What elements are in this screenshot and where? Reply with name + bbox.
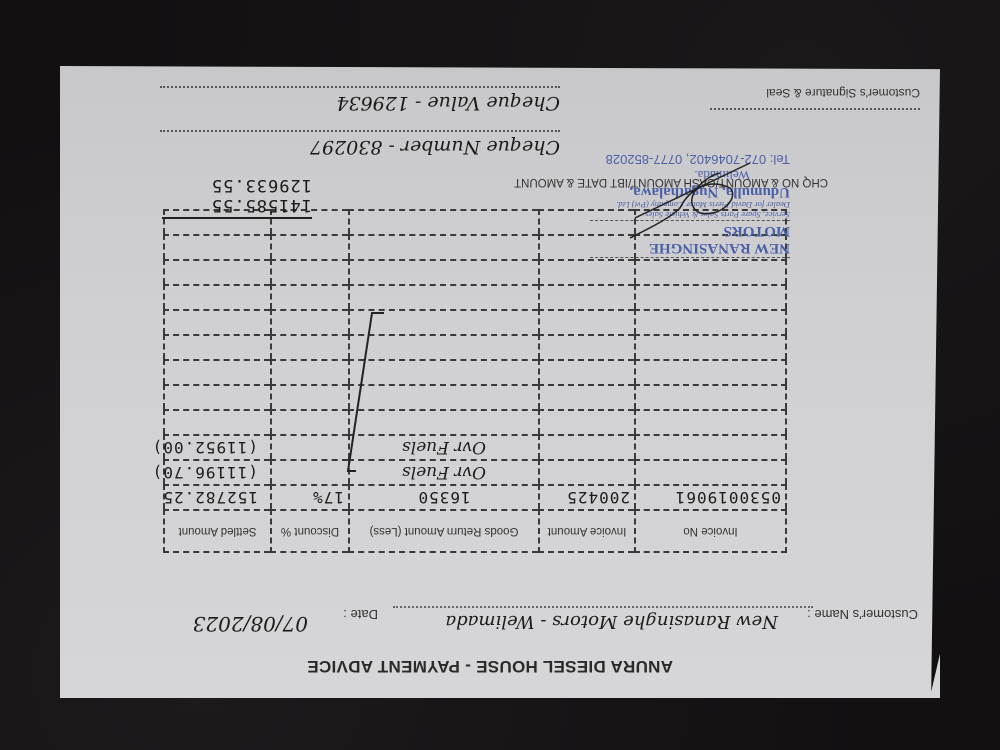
cell-invoice-no (635, 310, 786, 335)
cell-invoice-no (635, 335, 786, 360)
cell-discount-text: 17% (312, 488, 344, 507)
cell-invoice-amount (539, 285, 635, 310)
customer-name-label: Customer's Name : (807, 607, 918, 622)
cell-goods-return (349, 235, 539, 260)
handwritten-signature (620, 158, 770, 258)
cell-discount (271, 385, 349, 410)
cell-invoice-amount (539, 310, 635, 335)
cell-invoice-amount (539, 460, 635, 485)
cell-invoice-no-text: 0530019061 (675, 488, 781, 507)
cell-invoice-amount (539, 410, 635, 435)
cell-invoice-no (635, 435, 786, 460)
cell-settled-amount: (11196.70) (164, 460, 271, 485)
cell-settled-amount (164, 285, 271, 310)
cell-invoice-no (635, 360, 786, 385)
table-row (164, 335, 786, 360)
cell-goods-return-text: Ovr Fuels (402, 463, 486, 483)
table-header-row: Invoice No Invoice Amount Goods Return A… (164, 510, 786, 552)
handwritten-bracket-mark (344, 308, 384, 473)
table-row (164, 285, 786, 310)
header-settled-amount: Settled Amount (164, 510, 271, 552)
cheque-number: Cheque Number - 830297 (310, 136, 560, 158)
document-title: ANURA DIESEL HOUSE - PAYMENT ADVICE (280, 656, 700, 676)
cell-invoice-no: 0530019061 (635, 485, 786, 510)
signature-label: Customer's Signature & Seal (766, 86, 920, 100)
cell-discount (271, 285, 349, 310)
cell-settled-amount (164, 410, 271, 435)
total-underline (162, 217, 312, 219)
cell-settled-amount (164, 235, 271, 260)
table-row (164, 410, 786, 435)
cell-invoice-no (635, 260, 786, 285)
table-row: Ovr Fuels(11196.70) (164, 460, 786, 485)
cell-invoice-amount (539, 385, 635, 410)
cell-discount (271, 335, 349, 360)
cell-settled-amount: (11952.00) (164, 435, 271, 460)
cell-settled-amount: 152782.25 (164, 485, 271, 510)
cell-invoice-amount (539, 435, 635, 460)
cell-settled-amount-text: (11196.70) (152, 463, 258, 482)
cell-discount (271, 235, 349, 260)
date-value: 07/08/2023 (193, 612, 308, 636)
cell-settled-amount-text: (11952.00) (152, 438, 258, 457)
customer-name-dotted-line (393, 606, 813, 608)
date-label: Date : (343, 607, 378, 622)
cell-invoice-no (635, 385, 786, 410)
cell-discount (271, 410, 349, 435)
cell-invoice-amount (539, 335, 635, 360)
customer-name-value: New Ranasinghe Motors - Welimada (445, 611, 778, 632)
cell-invoice-amount-text: 200425 (566, 488, 630, 507)
table-row (164, 385, 786, 410)
cell-discount: 17% (271, 485, 349, 510)
table-row (164, 310, 786, 335)
cell-invoice-amount (539, 260, 635, 285)
cell-discount (271, 435, 349, 460)
table-row (164, 260, 786, 285)
cell-invoice-amount (539, 360, 635, 385)
cell-settled-amount (164, 260, 271, 285)
cell-goods-return (349, 260, 539, 285)
header-invoice-amount: Invoice Amount (539, 510, 635, 552)
cell-settled-amount (164, 335, 271, 360)
cheque-value-dotted-line (160, 86, 560, 88)
cell-invoice-no (635, 410, 786, 435)
cell-discount (271, 360, 349, 385)
table-row (164, 360, 786, 385)
cell-discount (271, 310, 349, 335)
cheque-number-dotted-line (160, 130, 560, 132)
cell-settled-amount (164, 360, 271, 385)
cell-invoice-no (635, 460, 786, 485)
cell-goods-return-text: Ovr Fuels (402, 438, 486, 458)
header-discount: Discount % (271, 510, 349, 552)
cell-invoice-amount: 200425 (539, 485, 635, 510)
table-row: Ovr Fuels(11952.00) (164, 435, 786, 460)
cell-settled-amount (164, 385, 271, 410)
cell-goods-return-text: 16350 (417, 488, 470, 507)
cell-discount (271, 260, 349, 285)
header-invoice-no: Invoice No (635, 510, 786, 552)
cell-settled-amount (164, 310, 271, 335)
cell-goods-return: 16350 (349, 485, 539, 510)
cell-invoice-no (635, 285, 786, 310)
cheque-value: Cheque Value - 129634 (336, 92, 560, 114)
cell-goods-return (349, 285, 539, 310)
subtotal-value: 141585.55 (142, 195, 312, 215)
payment-advice-paper: ANURA DIESEL HOUSE - PAYMENT ADVICE Cust… (60, 66, 940, 698)
cell-discount (271, 460, 349, 485)
signature-dotted-line (710, 108, 920, 110)
payment-table: Invoice No Invoice Amount Goods Return A… (163, 209, 787, 553)
cell-settled-amount-text: 152782.25 (162, 488, 258, 507)
cell-goods-return (349, 210, 539, 235)
customer-row: Customer's Name : New Ranasinghe Motors … (98, 600, 918, 628)
header-goods-return: Goods Return Amount (Less) (349, 510, 539, 552)
table-row: 05300190612004251635017%152782.25 (164, 485, 786, 510)
